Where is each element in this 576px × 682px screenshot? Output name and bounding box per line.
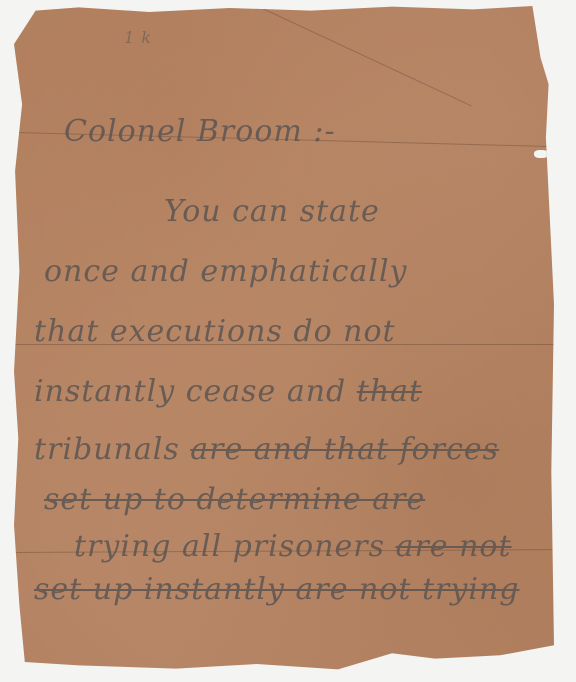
corner-mark: 1 k [124,28,152,47]
text-line-3: that executions do not [34,314,396,349]
struck-text: set up instantly are not trying [34,572,519,607]
text-line-7: trying all prisoners are not [74,529,512,564]
struck-text: set up to determine are [44,482,425,517]
line-text: tribunals [34,432,190,467]
crease [254,4,472,106]
text-line-5: tribunals are and that forces [34,432,499,467]
line-text: You can state [164,194,380,229]
line-text: trying all prisoners [74,529,396,564]
salutation: Colonel Broom :- [64,114,336,149]
paper-tear [534,150,548,158]
text-line-6: set up to determine are [44,482,425,517]
line-text: instantly cease and [34,374,357,409]
struck-text: are not [396,529,512,564]
paper-sheet: 1 k Colonel Broom :- You can state once … [14,4,554,672]
text-line-1: You can state [164,194,380,229]
line-text: once and emphatically [44,254,408,289]
text-line-8: set up instantly are not trying [34,572,519,607]
struck-text: that [357,374,422,409]
text-line-2: once and emphatically [44,254,408,289]
text-line-4: instantly cease and that [34,374,422,409]
struck-text: are and that forces [190,432,499,467]
line-text: that executions do not [34,314,396,349]
